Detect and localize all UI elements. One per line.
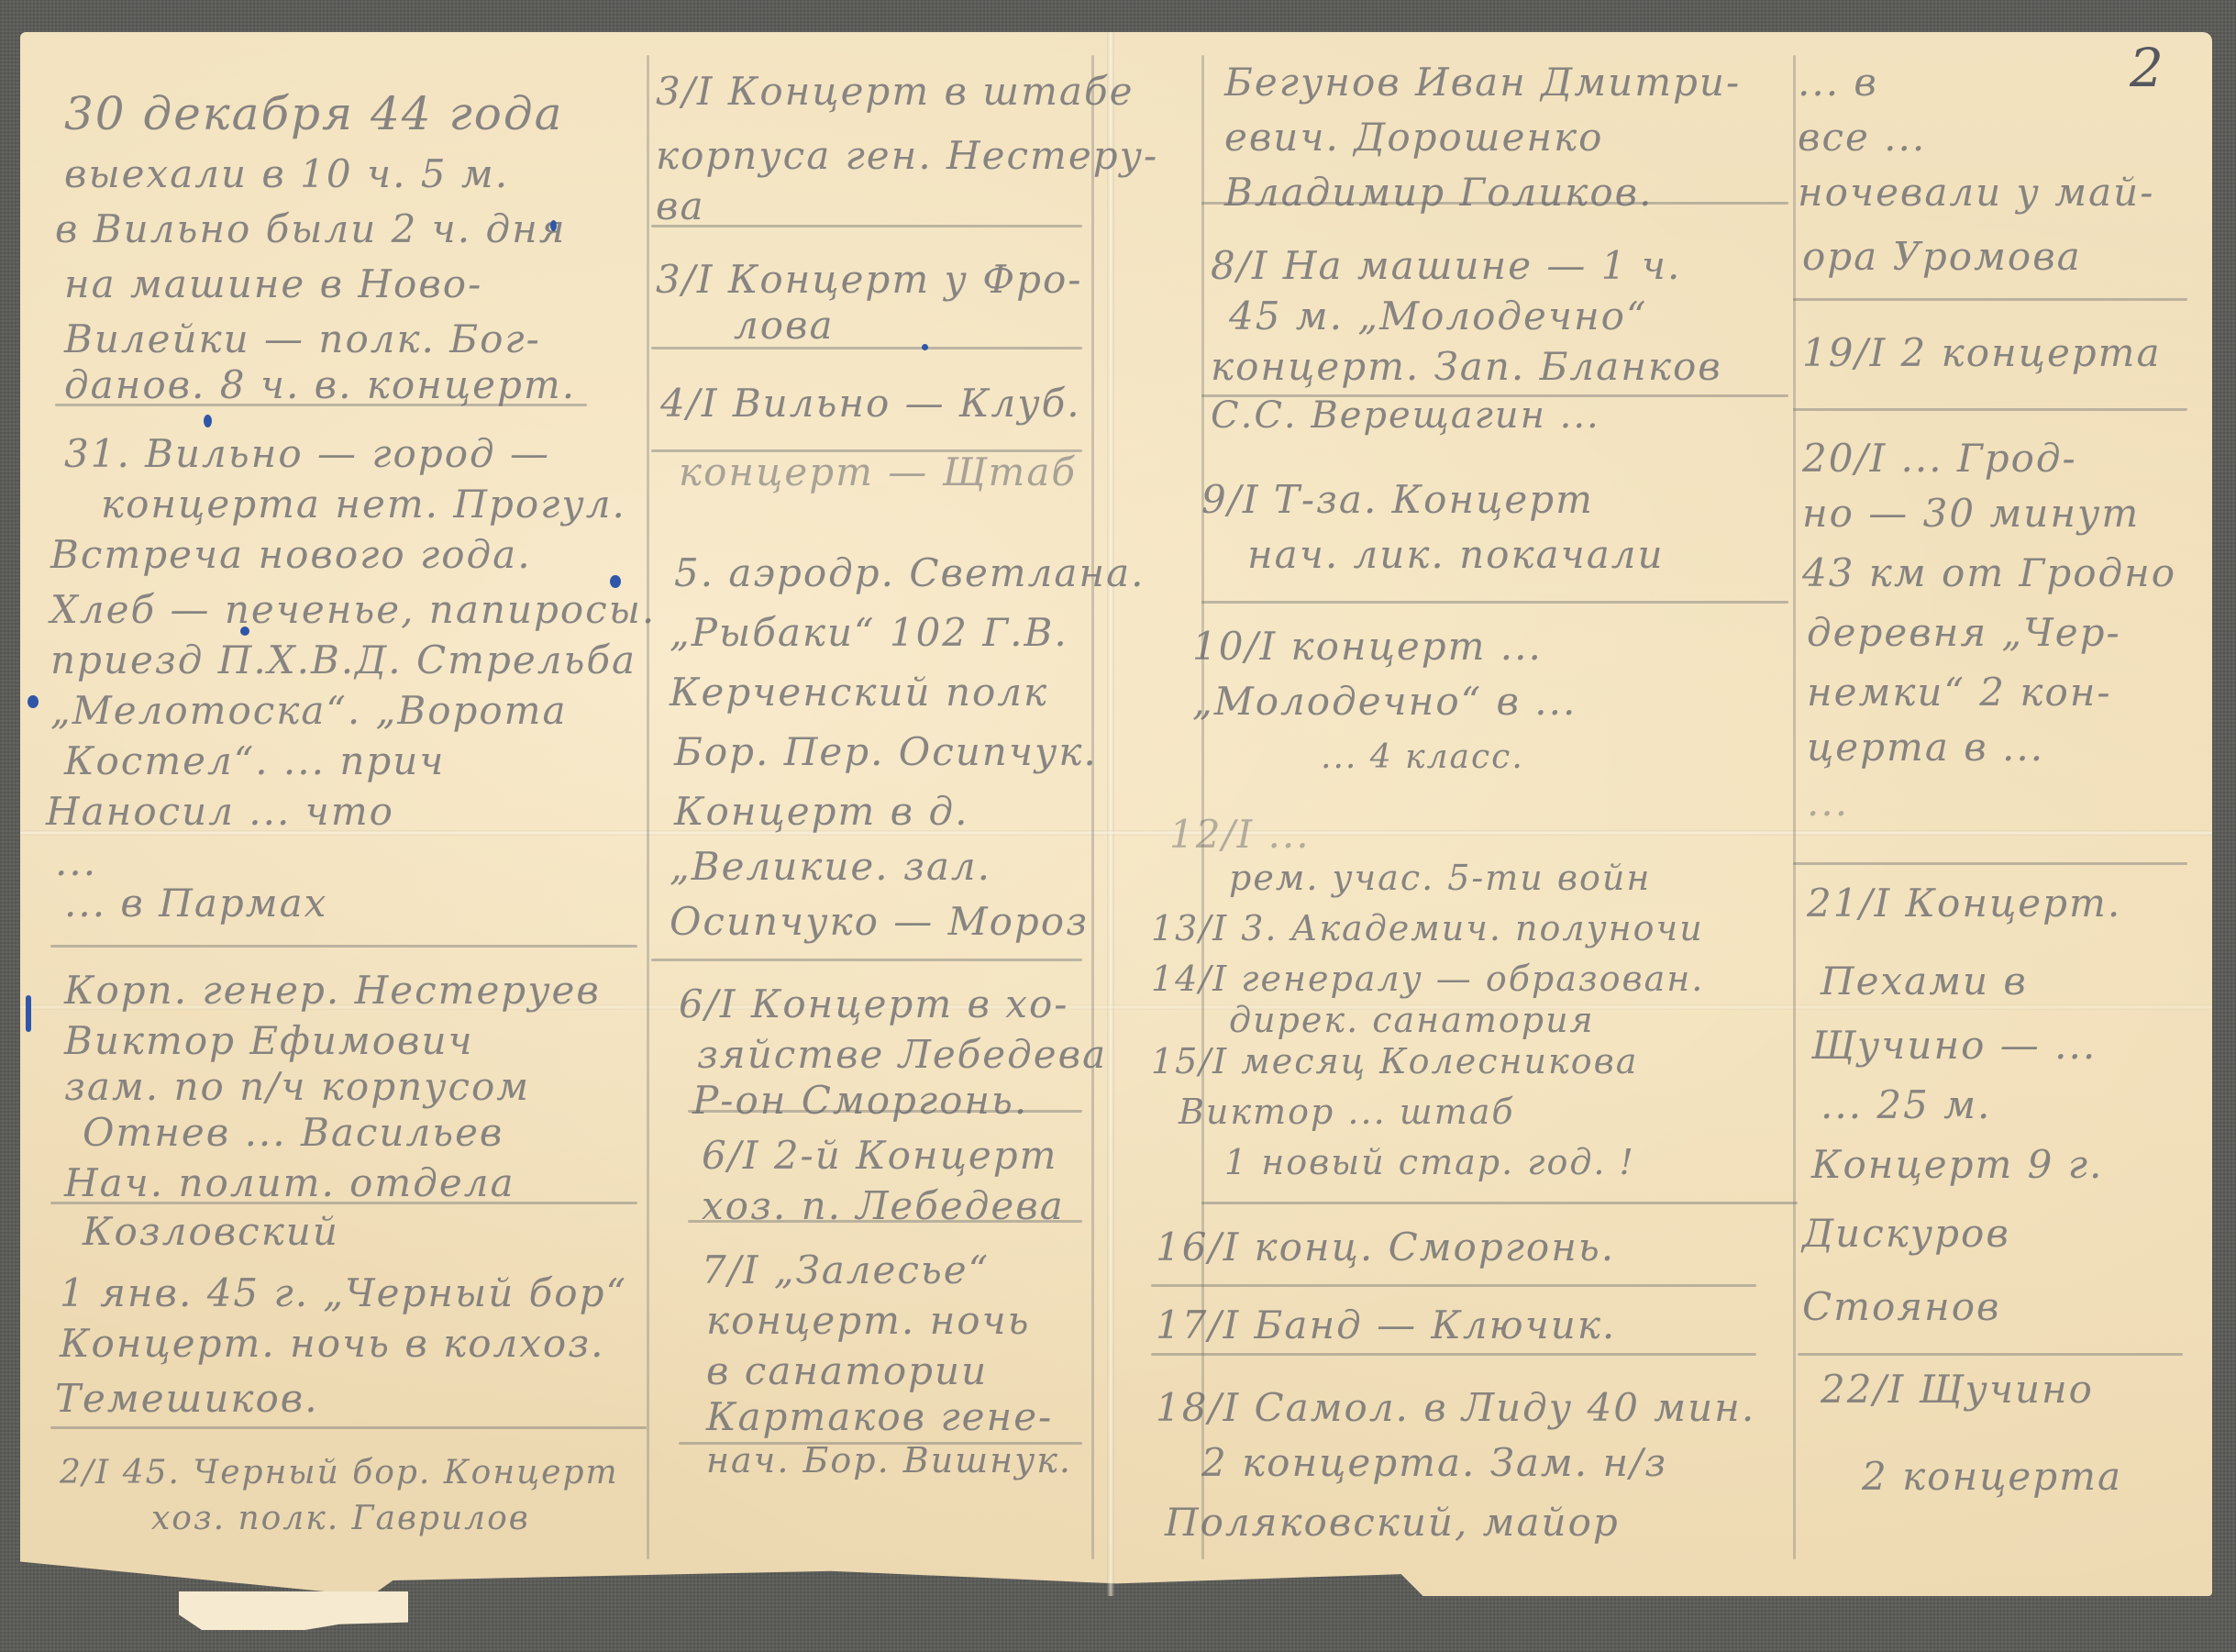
entry-line: Костел“. ... прич	[64, 738, 445, 783]
ink-spot	[922, 344, 928, 350]
entry-line: 20/I ... Грод-	[1802, 436, 2077, 481]
entry-line: хоз. полк. Гаврилов	[151, 1500, 530, 1537]
entry-line: 1 янв. 45 г. „Черный бор“	[60, 1270, 627, 1315]
entry-separator	[1793, 408, 2187, 411]
entry-line: Дискуров	[1802, 1211, 2010, 1256]
entry-line: Стоянов	[1802, 1284, 2000, 1329]
entry-line: ва	[656, 183, 705, 228]
entry-line: 21/I Концерт.	[1807, 881, 2121, 926]
entry-line: приезд П.Х.В.Д. Стрельба	[50, 638, 636, 682]
entry-line: ... в	[1798, 60, 1878, 105]
entry-line: ... 4 класс.	[1321, 738, 1524, 776]
entry-line: „Великие. зал.	[670, 844, 991, 889]
entry-line: ...	[1807, 780, 1849, 825]
entry-line: Владимир Голиков.	[1224, 170, 1653, 215]
entry-line: 18/I Самол. в Лиду 40 мин.	[1156, 1385, 1755, 1430]
entry-line: 1 новый стар. год. !	[1224, 1142, 1635, 1182]
entry-line: 2/I 45. Черный бор. Концерт	[60, 1454, 619, 1491]
entry-line: 14/I генералу — образован.	[1151, 959, 1704, 999]
column-divider	[1091, 55, 1094, 1559]
entry-line: 6/I Концерт в хо-	[679, 981, 1068, 1026]
vertical-fold	[1107, 32, 1114, 1596]
entry-line: 31. Вильно — город —	[64, 431, 550, 476]
ink-mark	[26, 995, 31, 1032]
entry-separator	[1151, 1284, 1756, 1287]
entry-line: Вилейки — полк. Бог-	[64, 316, 541, 361]
entry-line: концерт. Зап. Бланков	[1211, 344, 1722, 389]
entry-line: Бегунов Иван Дмитри-	[1224, 60, 1741, 105]
entry-line: 3/I Концерт у Фро-	[656, 257, 1082, 302]
entry-line: Бор. Пер. Осипчук.	[674, 729, 1098, 774]
entry-line: 3/I Концерт в штабе	[656, 69, 1134, 114]
entry-line: Нач. полит. отдела	[64, 1160, 515, 1205]
entry-separator	[1793, 298, 2187, 301]
entry-line: ... в Пармах	[64, 881, 327, 926]
entry-separator	[50, 1426, 647, 1429]
entry-line: Концерт в д.	[674, 789, 969, 834]
entry-separator	[1201, 601, 1788, 604]
entry-line: 9/I Т-за. Концерт	[1201, 477, 1594, 522]
entry-line: Корп. генер. Нестеруев	[64, 968, 601, 1013]
entry-line: немки“ 2 кон-	[1807, 670, 2112, 715]
entry-line: хоз. п. Лебедева	[702, 1183, 1065, 1228]
entry-line: лова	[734, 303, 835, 348]
entry-line: 43 км от Гродно	[1802, 550, 2176, 595]
entry-line: 17/I Банд — Ключик.	[1156, 1303, 1616, 1347]
entry-line: нач. Бор. Вишнук.	[706, 1440, 1072, 1480]
ink-spot	[204, 415, 212, 427]
entry-separator	[1201, 1202, 1798, 1204]
entry-line: „Рыбаки“ 102 Г.В.	[670, 610, 1068, 655]
entry-line: 7/I „Залесье“	[702, 1247, 990, 1292]
entry-line: Виктор Ефимович	[64, 1018, 474, 1063]
entry-line: 12/I ...	[1169, 812, 1311, 857]
entry-separator	[1151, 1353, 1756, 1356]
entry-line: 10/I концерт ...	[1192, 624, 1543, 669]
entry-line: Поляковский, майор	[1165, 1500, 1620, 1545]
entry-line: корпуса ген. Нестеру-	[656, 133, 1158, 178]
entry-line: Осипчуко — Мороз	[670, 899, 1089, 944]
entry-line: деревня „Чер-	[1807, 610, 2121, 655]
ink-spot	[28, 695, 39, 708]
entry-line: 5. аэродр. Светлана.	[674, 550, 1145, 595]
entry-line: в санатории	[706, 1348, 988, 1393]
entry-separator	[651, 347, 1082, 349]
entry-separator	[1798, 1353, 2183, 1356]
entry-line: ночевали у май-	[1798, 170, 2154, 215]
entry-line: в Вильно были 2 ч. дня	[55, 206, 567, 251]
entry-line: 45 м. „Молодечно“	[1229, 294, 1647, 338]
page-number: 2	[2130, 37, 2164, 99]
entry-line: но — 30 минут	[1802, 491, 2140, 536]
entry-line: Встреча нового года.	[50, 532, 532, 577]
entry-line: Р-он Сморгонь.	[692, 1078, 1028, 1123]
entry-line: концерта нет. Прогул.	[101, 482, 626, 527]
entry-line: Керченский полк	[670, 670, 1048, 715]
entry-line: Отнев ... Васильев	[83, 1110, 504, 1155]
entry-line: зам. по п/ч корпусом	[64, 1064, 530, 1109]
entry-line: концерт. ночь	[706, 1298, 1031, 1343]
entry-line: „Мелотоска“. „Ворота	[50, 688, 568, 733]
entry-separator	[651, 959, 1082, 961]
entry-line: Наносил ... что	[46, 789, 394, 834]
entry-separator	[1793, 862, 2187, 865]
entry-line: Щучино — ...	[1811, 1023, 2097, 1068]
entry-line: все ...	[1798, 115, 1926, 160]
entry-line: ... 25 м.	[1821, 1082, 1991, 1127]
entry-line: Концерт 9 г.	[1811, 1142, 2103, 1187]
entry-line: 16/I конц. Сморгонь.	[1156, 1225, 1615, 1269]
column-divider	[1793, 55, 1796, 1559]
entry-line: Хлеб — печенье, папиросы.	[50, 587, 656, 632]
entry-line: 19/I 2 концерта	[1802, 330, 2162, 375]
ink-spot	[240, 626, 249, 636]
entry-line: Козловский	[83, 1209, 339, 1254]
entry-line: 22/I Щучино	[1821, 1367, 2094, 1412]
entry-line: Картаков гене-	[706, 1394, 1053, 1439]
ink-spot	[550, 220, 557, 231]
entry-line: ...	[55, 839, 97, 884]
entry-line: Виктор ... штаб	[1179, 1092, 1515, 1132]
entry-line: Темешиков.	[55, 1376, 319, 1421]
entry-line: 13/I 3. Академич. полуночи	[1151, 908, 1704, 948]
entry-line: дирек. санатория	[1229, 1000, 1595, 1040]
entry-line: 15/I месяц Колесникова	[1151, 1041, 1638, 1081]
entry-line: на машине в Ново-	[64, 261, 482, 306]
entry-line: нач. лик. покачали	[1247, 532, 1665, 577]
entry-line: рем. учас. 5-ти войн	[1229, 858, 1651, 898]
entry-line: „Молодечно“ в ...	[1192, 679, 1577, 724]
entry-line: 6/I 2-й Концерт	[702, 1133, 1057, 1178]
entry-line: 8/I На машине — 1 ч.	[1211, 243, 1681, 288]
entry-line: Концерт. ночь в колхоз.	[60, 1321, 604, 1366]
entry-line: зяйстве Лебедева	[697, 1032, 1107, 1077]
entry-line: церта в ...	[1807, 725, 2044, 770]
entry-separator	[651, 225, 1082, 227]
entry-line: Пехами в	[1821, 959, 2028, 1003]
entry-line: концерт — Щтаб	[679, 449, 1077, 494]
entry-line: 30 декабря 44 года	[64, 87, 563, 140]
entry-line: 4/I Вильно — Клуб.	[660, 381, 1081, 426]
entry-separator	[50, 945, 637, 948]
column-divider	[647, 55, 649, 1559]
entry-line: 2 концерта	[1862, 1454, 2122, 1499]
entry-line: ора Уромова	[1802, 234, 2082, 279]
entry-line: 2 концерта. Зам. н/з	[1201, 1440, 1667, 1485]
ink-spot	[610, 575, 621, 588]
entry-line: евич. Дорошенко	[1224, 115, 1603, 160]
entry-line: данов. 8 ч. в. концерт.	[64, 362, 576, 407]
entry-line: С.С. Верещагин ...	[1211, 394, 1600, 437]
entry-line: выехали в 10 ч. 5 м.	[64, 151, 509, 196]
